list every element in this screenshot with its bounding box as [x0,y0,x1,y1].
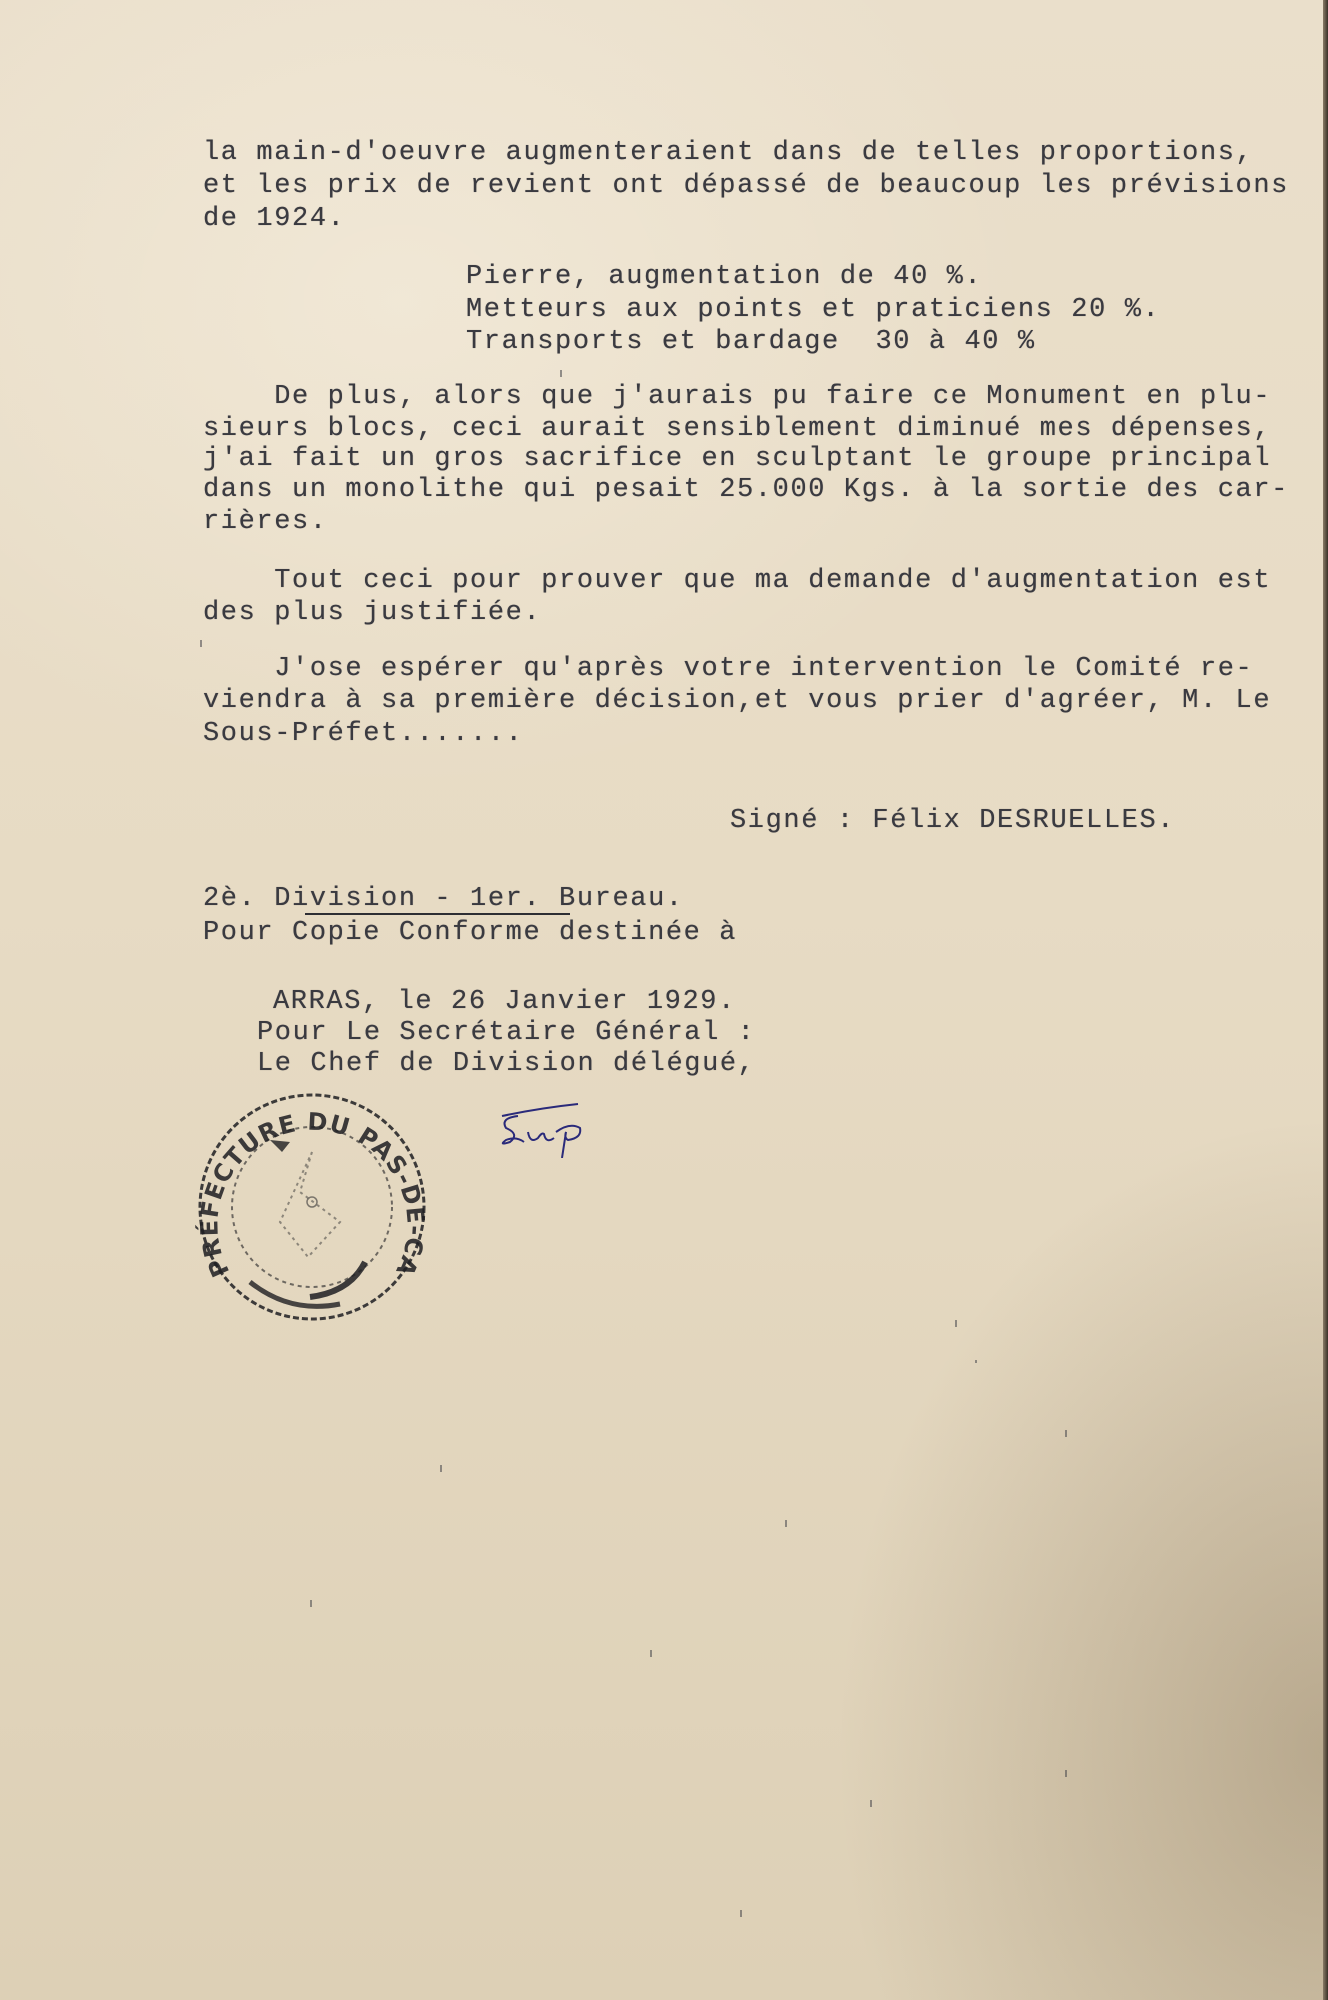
division-chief-delegate: Le Chef de Division délégué, [257,1049,755,1079]
ink-speck [955,1320,957,1327]
handwritten-signature [490,1098,600,1158]
paragraph3-line-1: Tout ceci pour prouver que ma demande d'… [203,566,1271,596]
ink-speck [975,1360,977,1363]
svg-text:PRÉFECTURE DU PAS-DE-CALAIS: PRÉFECTURE DU PAS-DE-CALAIS [190,1082,430,1281]
paragraph2-line-5: rières. [203,507,328,537]
ink-speck [440,1465,442,1472]
ink-speck [870,1800,872,1807]
paragraph4-line-2: viendra à sa première décision,et vous p… [203,686,1271,716]
ink-speck [310,1600,312,1607]
paragraph2-line-3: j'ai fait un gros sacrifice en sculptant… [203,444,1271,474]
document-page: la main-d'oeuvre augmenteraient dans de … [0,0,1328,2000]
ink-speck [200,640,202,647]
ink-speck [650,1650,652,1657]
ink-speck [785,1520,787,1527]
paragraph4-line-3: Sous-Préfet....... [203,719,523,749]
ink-speck [560,370,562,377]
body-line-1: la main-d'oeuvre augmenteraient dans de … [203,138,1253,168]
copy-note: Pour Copie Conforme destinée à [203,918,737,948]
page-edge-shadow [1323,0,1328,2000]
body-line-2: et les prix de revient ont dépassé de be… [203,171,1289,201]
paragraph2-line-2: sieurs blocs, ceci aurait sensiblement d… [203,414,1271,444]
paragraph3-line-2: des plus justifiée. [203,598,541,628]
paragraph2-line-4: dans un monolithe qui pesait 25.000 Kgs.… [203,475,1289,505]
increase-item-transport: Transports et bardage 30 à 40 % [466,327,1036,357]
division-bureau: 2è. Division - 1er. Bureau. [203,884,684,914]
signed-by: Signé : Félix DESRUELLES. [730,806,1175,836]
place-date: ARRAS, le 26 Janvier 1929. [273,987,736,1017]
paragraph4-line-1: J'ose espérer qu'après votre interventio… [203,654,1253,684]
paragraph2-line-1: De plus, alors que j'aurais pu faire ce … [203,382,1271,412]
for-secretary: Pour Le Secrétaire Général : [257,1018,755,1048]
ink-speck [1065,1430,1067,1437]
official-seal-icon: PRÉFECTURE DU PAS-DE-CALAIS [190,1082,435,1327]
body-line-3: de 1924. [203,204,345,234]
division-underline [305,913,570,915]
ink-speck [1065,1770,1067,1777]
increase-item-stone: Pierre, augmentation de 40 %. [466,262,982,292]
ink-speck [740,1910,742,1917]
increase-item-pointers: Metteurs aux points et praticiens 20 %. [466,295,1160,325]
